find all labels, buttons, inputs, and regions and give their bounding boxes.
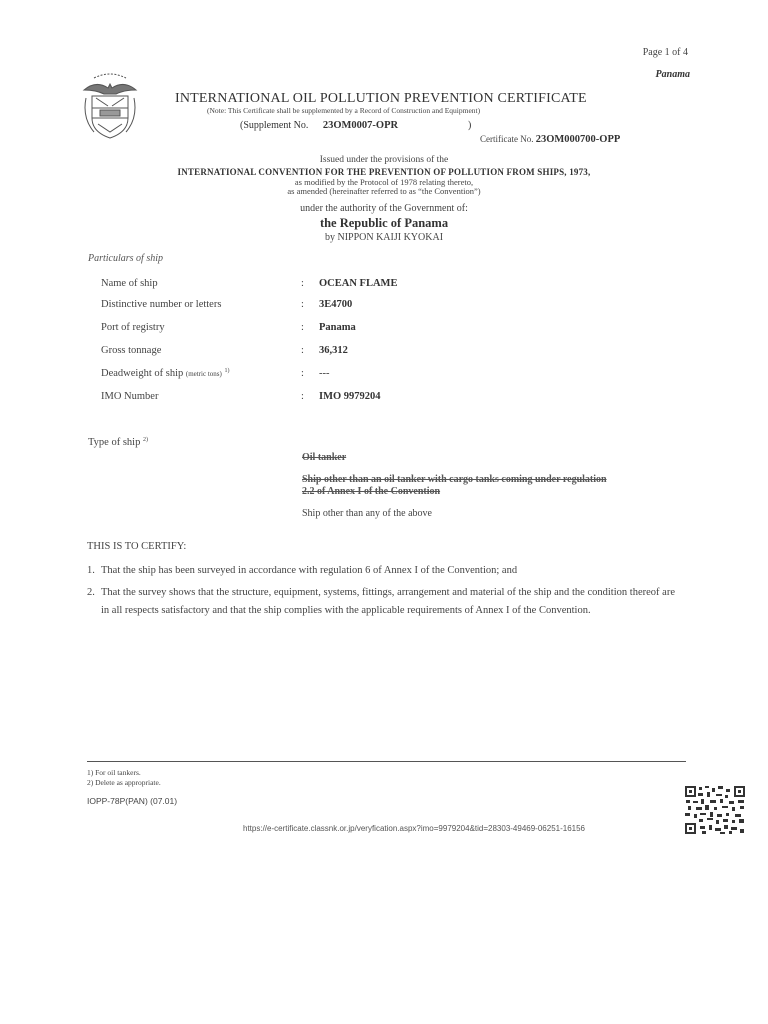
deadweight-value: --- (319, 368, 330, 379)
particular-row-imo: IMO Number : IMO 9979204 (101, 391, 701, 405)
particular-row-name: Name of ship : OCEAN FLAME (101, 278, 701, 292)
imo-value: IMO 9979204 (319, 391, 381, 402)
flag-state: Panama (656, 69, 690, 80)
supplement-number: 23OM0007-OPR (323, 120, 398, 131)
form-code: IOPP-78P(PAN) (07.01) (87, 796, 177, 806)
supplement-label: (Supplement No. (240, 120, 308, 131)
footnote-1: 1) For oil tankers. (87, 768, 141, 777)
ship-type-option-other: Ship other than any of the above (302, 508, 432, 519)
particular-label: Port of registry (101, 322, 165, 333)
gross-tonnage-value: 36,312 (319, 345, 348, 356)
verification-url[interactable]: https://e-certificate.classnk.or.jp/very… (243, 824, 585, 833)
page-number: Page 1 of 4 (643, 47, 688, 58)
ship-type-label: Type of ship 2) (88, 437, 148, 448)
supplement-number-line: (Supplement No. 23OM0007-OPR ) (240, 120, 398, 131)
certificate-title: INTERNATIONAL OIL POLLUTION PREVENTION C… (175, 91, 587, 107)
certificate-number-line: Certificate No. 23OM000700-OPP (480, 134, 620, 145)
colon: : (301, 368, 304, 379)
colon: : (301, 391, 304, 402)
issued-line-1: Issued under the provisions of the (0, 155, 768, 165)
particular-row-deadweight: Deadweight of ship (metric tons) 1) : --… (101, 368, 701, 382)
certificate-number: 23OM000700-OPP (536, 134, 621, 145)
port-value: Panama (319, 322, 356, 333)
colon: : (301, 278, 304, 289)
ship-type-option-oil-tanker: Oil tanker (302, 452, 346, 463)
particular-label: Deadweight of ship (metric tons) 1) (101, 368, 229, 379)
particulars-heading: Particulars of ship (88, 253, 163, 264)
particular-label: Gross tonnage (101, 345, 161, 356)
particular-row-port: Port of registry : Panama (101, 322, 701, 336)
certify-item-2: 2. That the survey shows that the struct… (87, 584, 675, 620)
ship-type-option-cargo-tanks: Ship other than an oil tanker with cargo… (302, 474, 612, 498)
particular-row-distinctive: Distinctive number or letters : 3E4700 (101, 299, 701, 313)
convention-name: INTERNATIONAL CONVENTION FOR THE PREVENT… (0, 167, 768, 177)
qr-code-icon[interactable] (684, 785, 746, 835)
certify-heading: THIS IS TO CERTIFY: (87, 541, 186, 552)
issuer-name: by NIPPON KAIJI KYOKAI (0, 232, 768, 243)
particular-label: Distinctive number or letters (101, 299, 221, 310)
footnote-divider (87, 761, 686, 762)
certificate-label: Certificate No. (480, 134, 533, 144)
supplement-close: ) (468, 120, 471, 131)
colon: : (301, 345, 304, 356)
colon: : (301, 322, 304, 333)
certificate-note: (Note: This Certificate shall be supplem… (207, 106, 480, 115)
footnote-2: 2) Delete as appropriate. (87, 778, 161, 787)
particular-label: IMO Number (101, 391, 158, 402)
colon: : (301, 299, 304, 310)
particular-label: Name of ship (101, 278, 158, 289)
ship-name-value: OCEAN FLAME (319, 278, 397, 289)
panama-coat-of-arms-icon (80, 68, 140, 142)
particular-row-gross-tonnage: Gross tonnage : 36,312 (101, 345, 701, 359)
government-name: the Republic of Panama (0, 216, 768, 231)
issued-line-4: as amended (hereinafter referred to as “… (0, 186, 768, 196)
authority-line: under the authority of the Government of… (0, 203, 768, 214)
call-sign-value: 3E4700 (319, 299, 352, 310)
certify-item-1: 1. That the ship has been surveyed in ac… (87, 562, 675, 580)
